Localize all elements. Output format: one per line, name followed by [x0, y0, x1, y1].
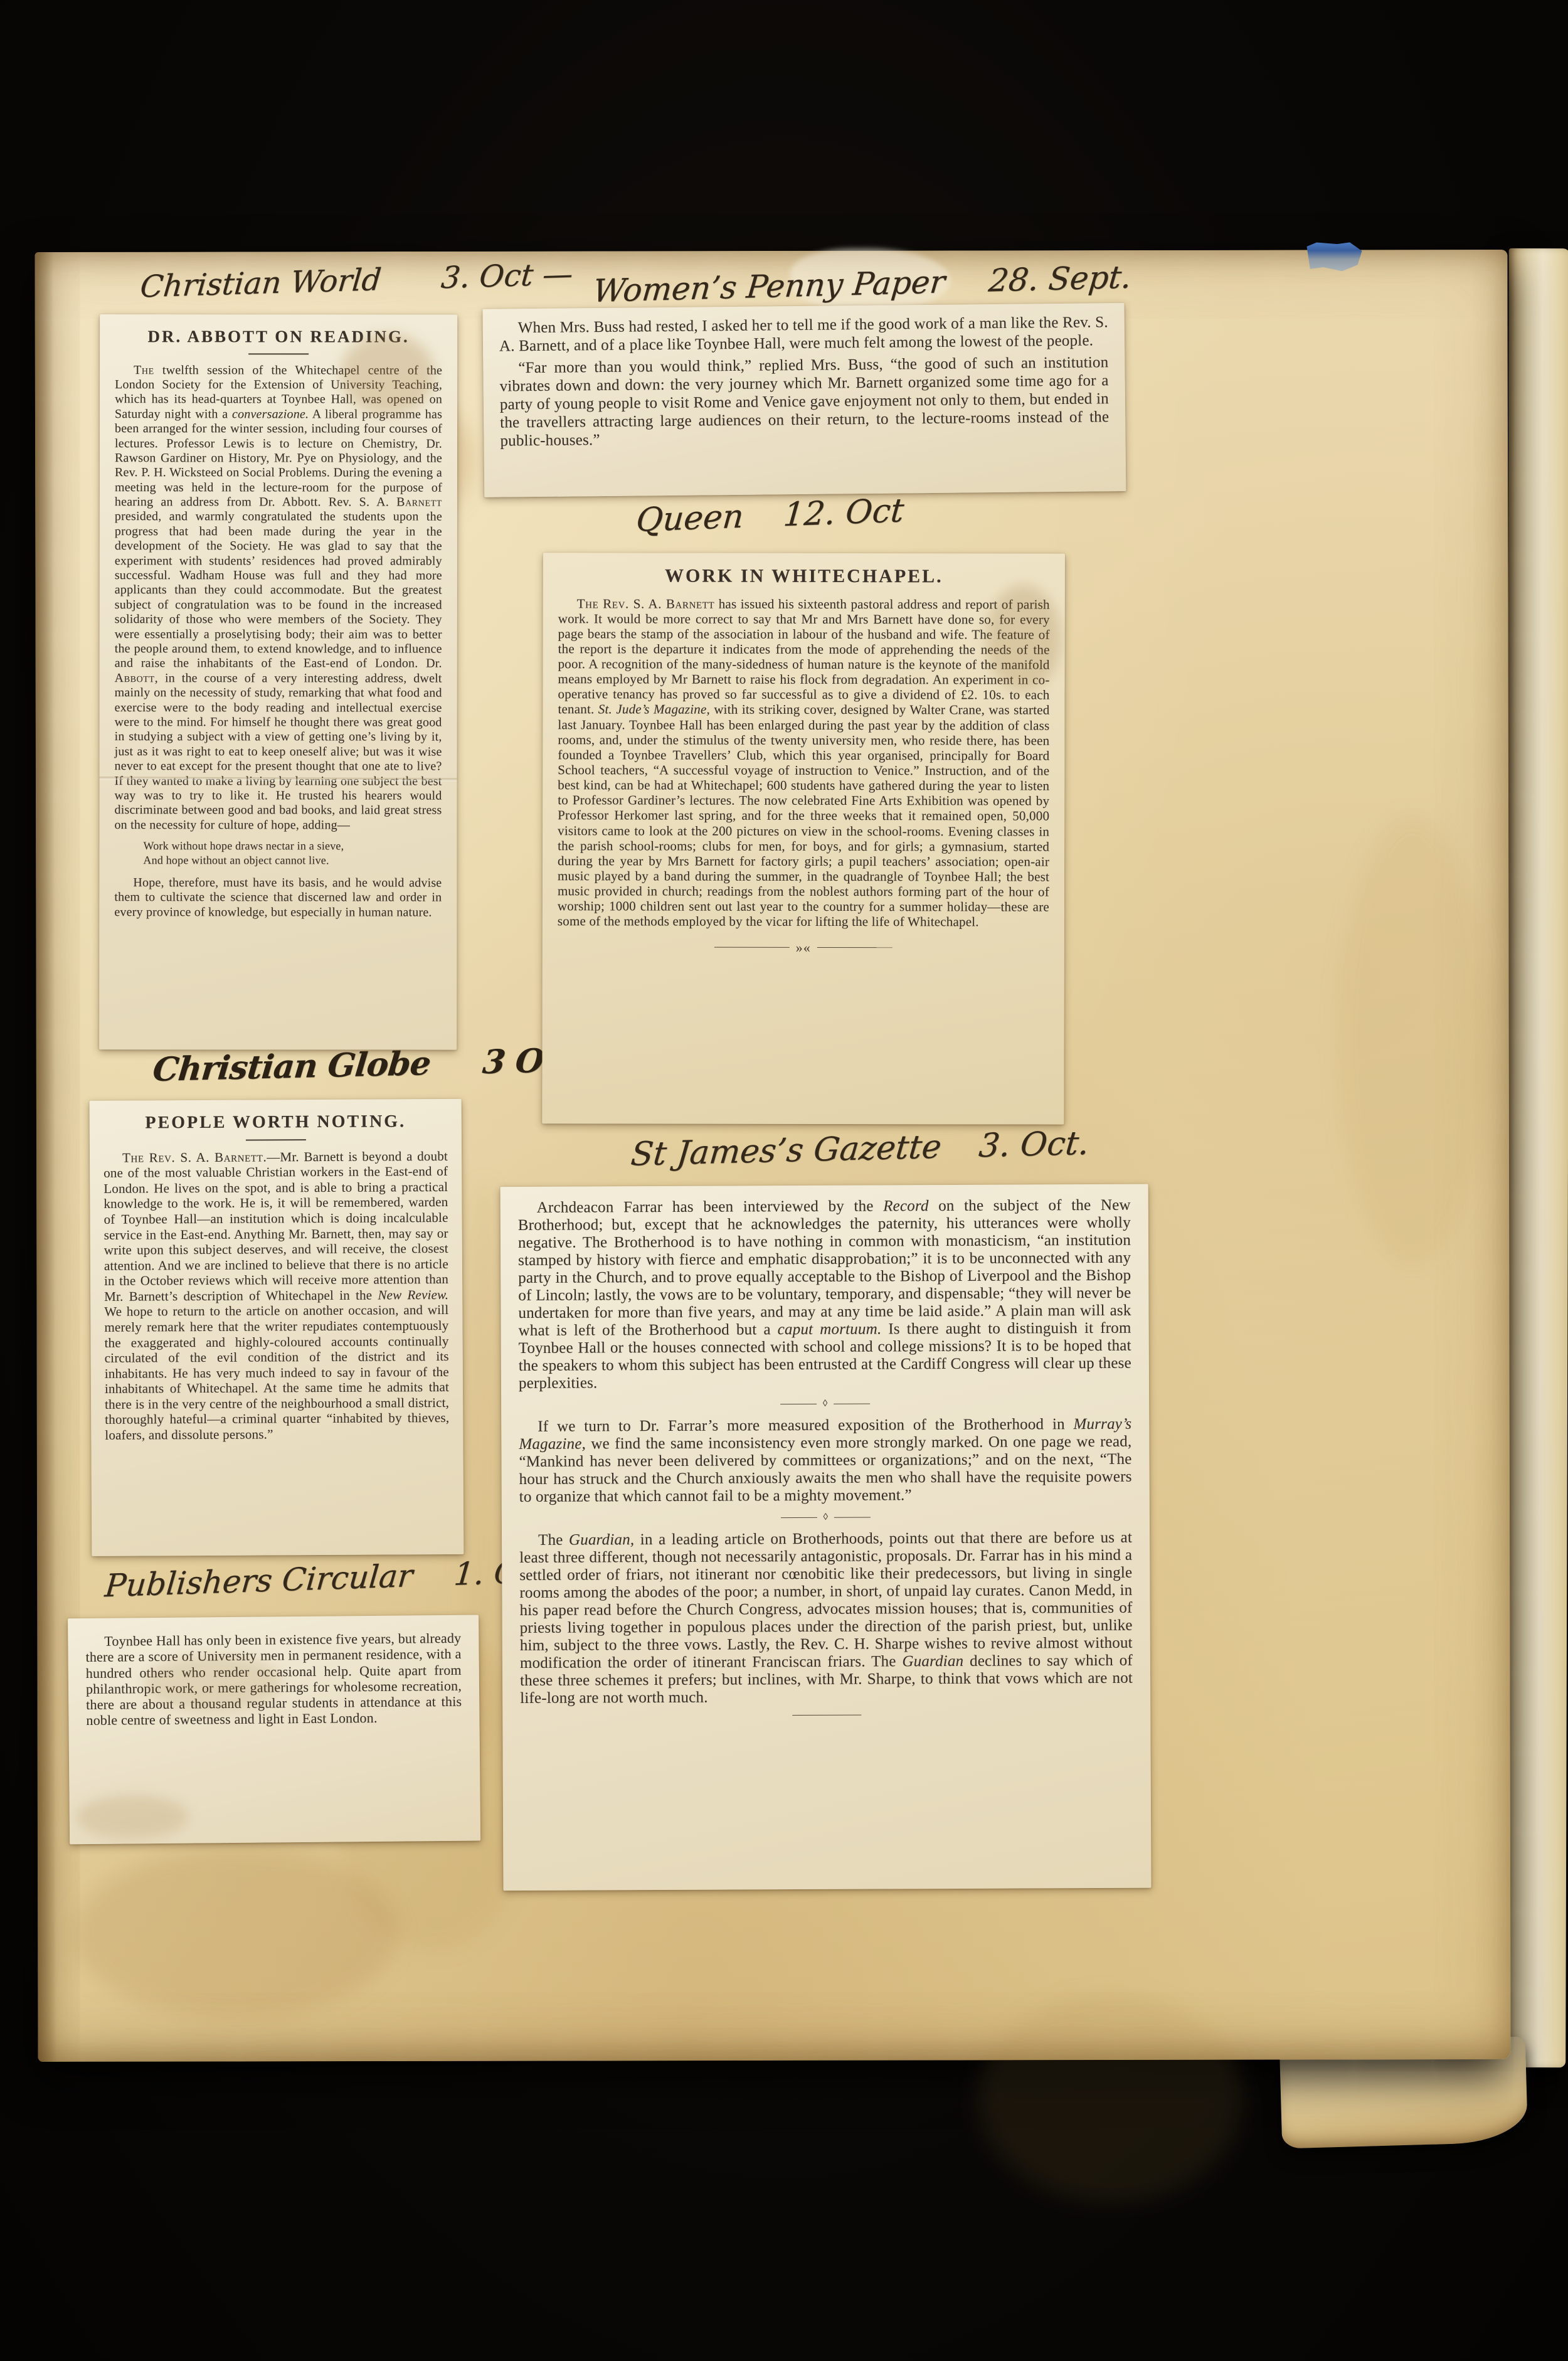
handwritten-annotation-st-james-gazette: St James’s Gazette 3. Oct. [630, 1125, 1089, 1174]
stain [1337, 814, 1488, 1266]
annotation-source: Queen [635, 497, 745, 539]
title-rule [248, 353, 309, 354]
handwritten-annotation-queen: Queen 12. Oct [635, 492, 904, 539]
clipping-title: PEOPLE WORTH NOTING. [103, 1112, 448, 1134]
end-rule [792, 1714, 861, 1715]
title-rule [245, 1139, 305, 1141]
clipping-work-in-whitechapel: WORK IN WHITECHAPEL. The Rev. S. A. Barn… [542, 553, 1065, 1124]
annotation-source: Christian Globe [151, 1044, 432, 1089]
annotation-source: Christian World [139, 262, 383, 305]
scrapbook-page: Christian World 3. Oct — Women’s Penny P… [34, 250, 1510, 2062]
annotation-source: St James’s Gazette [629, 1128, 943, 1174]
handwritten-annotation-womens-penny-paper: Women’s Penny Paper 28. Sept. [593, 259, 1131, 309]
annotation-date: 3. Oct — [440, 257, 575, 295]
clipping-dr-abbott-on-reading: DR. ABBOTT ON READING. The twelfth sessi… [99, 314, 457, 1049]
clipping-paragraph: The Rev. S. A. Barnett has issued his si… [558, 596, 1050, 930]
stain [341, 333, 435, 415]
verse-line: And hope without an object cannot live. [143, 854, 442, 869]
clipping-paragraph: If we turn to Dr. Farrar’s more measured… [519, 1416, 1132, 1506]
clipping-mrs-buss-interview: When Mrs. Buss had rested, I asked her t… [482, 303, 1126, 497]
stain [978, 1994, 1242, 2202]
blue-paper-scrap [1306, 242, 1362, 271]
verse-quote: Work without hope draws nectar in a siev… [143, 839, 442, 868]
clipping-title: WORK IN WHITECHAPEL. [558, 565, 1050, 588]
clipping-paragraph: The Rev. S. A. Barnett.—Mr. Barnett is b… [103, 1149, 449, 1443]
clipping-people-worth-noting: PEOPLE WORTH NOTING. The Rev. S. A. Barn… [90, 1099, 464, 1556]
annotation-date: 3. Oct. [977, 1125, 1091, 1165]
clipping-paragraph: The Guardian, in a leading article on Br… [519, 1529, 1133, 1707]
scrapbook-photo: Christian World 3. Oct — Women’s Penny P… [0, 0, 1568, 2361]
clipping-paragraph: The twelfth session of the Whitechapel c… [114, 363, 442, 833]
decorative-divider: »« [558, 939, 1049, 956]
section-divider: ◊ [519, 1398, 1131, 1411]
verse-line: Work without hope draws nectar in a siev… [143, 839, 442, 854]
annotation-date: 28. Sept. [987, 258, 1133, 299]
clipping-paragraph: Hope, therefore, must have its basis, an… [114, 876, 442, 920]
page-gutter-edge [34, 252, 56, 2062]
clipping-paragraph: When Mrs. Buss had rested, I asked her t… [499, 313, 1109, 355]
clipping-paragraph: Archdeacon Farrar has been interviewed b… [518, 1197, 1131, 1393]
annotation-date: 12. Oct [782, 492, 906, 534]
handwritten-annotation-christian-world: Christian World 3. Oct — [140, 257, 573, 304]
annotation-source: Publishers Circular [103, 1557, 415, 1604]
clipping-toynbee-hall-existence: Toynbee Hall has only been in existence … [68, 1615, 480, 1845]
stain [75, 1795, 189, 1840]
clipping-new-brotherhood: Archdeacon Farrar has been interviewed b… [501, 1184, 1152, 1891]
section-divider: ◊ [519, 1511, 1132, 1524]
adjacent-pages-fore-edge [1504, 248, 1568, 2067]
stain [986, 585, 1061, 691]
clipping-paragraph: “Far more than you would think,” replied… [499, 353, 1109, 450]
